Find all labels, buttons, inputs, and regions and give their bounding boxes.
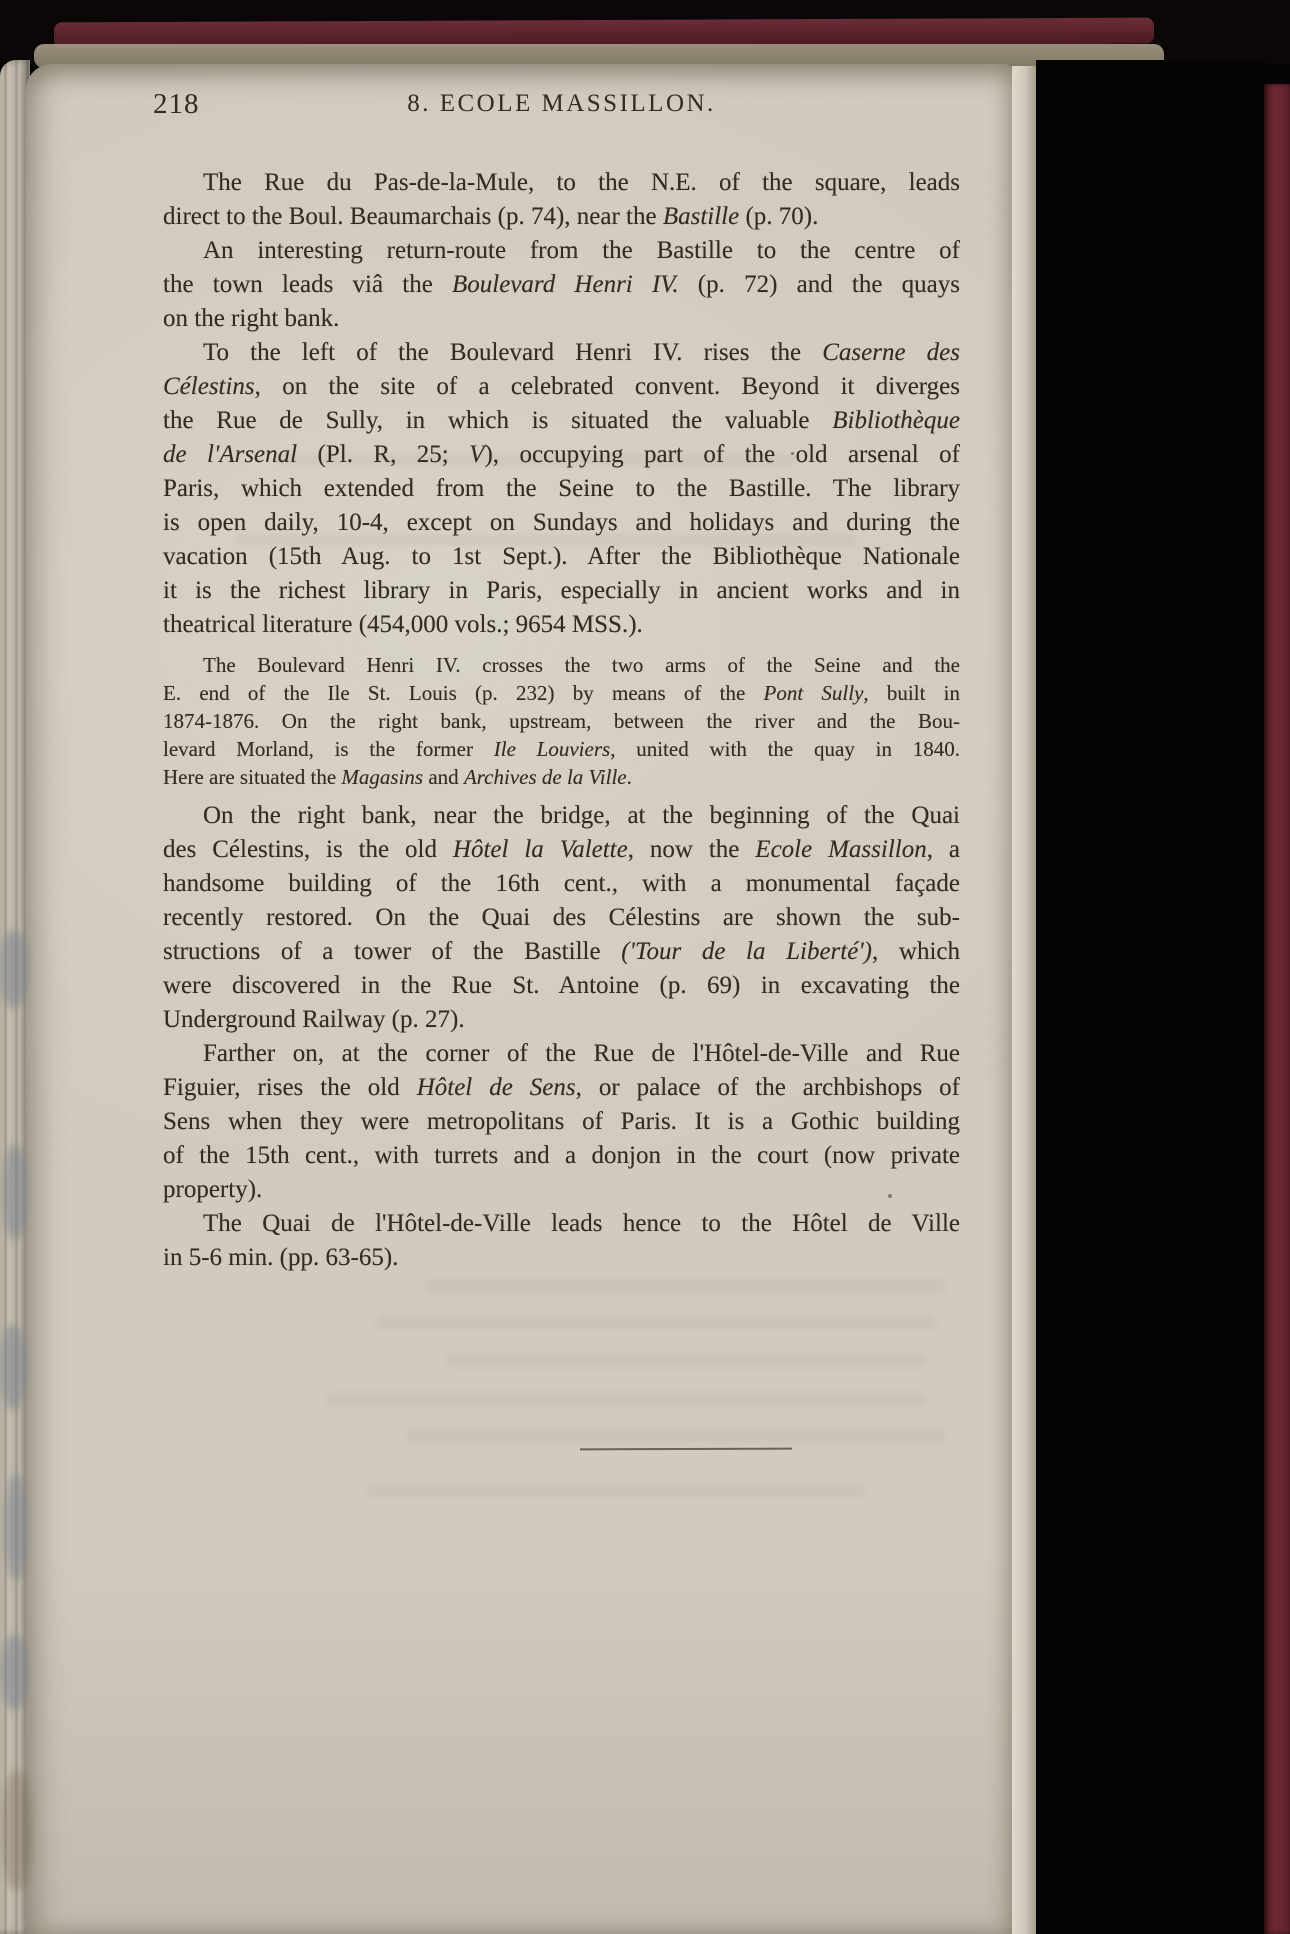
edge-stain: [5, 1475, 27, 1580]
text-run: recently restored. On the Quai des Céles…: [163, 904, 960, 931]
edge-stain: [3, 1145, 27, 1240]
paragraph: To the left of the Boulevard Henri IV. r…: [163, 336, 960, 642]
paragraph: An interesting return-route from the Bas…: [163, 234, 960, 336]
text-run: ), occupying part of the old arsenal of: [484, 441, 960, 468]
text-run: An interesting return-route from the Bas…: [203, 237, 960, 264]
book-cover-edge-right: [1264, 84, 1290, 1934]
text-run: Bastille: [663, 203, 739, 230]
text-line: Underground Railway (p. 27).: [163, 1003, 960, 1037]
text-line: of the 15th cent., with turrets and a do…: [163, 1139, 960, 1173]
text-line: Célestins, on the site of a celebrated c…: [163, 370, 960, 404]
book-page: 218 8. ECOLE MASSILLON. The Rue du Pas-d…: [26, 64, 1014, 1934]
text-run: direct to the Boul. Beaumarchais (p. 74)…: [163, 203, 663, 230]
text-run: property).: [163, 1176, 262, 1203]
text-line: property).: [163, 1173, 960, 1207]
scanned-book-page: 218 8. ECOLE MASSILLON. The Rue du Pas-d…: [0, 0, 1290, 1934]
text-line: Figuier, rises the old Hôtel de Sens, or…: [163, 1071, 960, 1105]
text-run: were discovered in the Rue St. Antoine (…: [163, 972, 960, 999]
text-run: Hôtel la Valette: [453, 836, 628, 863]
text-run: Bibliothèque: [832, 407, 960, 434]
paragraph: The Boulevard Henri IV. crosses the two …: [163, 651, 960, 791]
text-run: The Rue du Pas-de-la-Mule, to the N.E. o…: [203, 169, 960, 196]
text-line: handsome building of the 16th cent., wit…: [163, 867, 960, 901]
text-run: On the right bank, near the bridge, at t…: [203, 802, 960, 829]
text-run: Ecole Massillon: [755, 836, 926, 863]
text-line: theatrical literature (454,000 vols.; 96…: [163, 608, 960, 642]
text-run: The Quai de l'Hôtel-de-Ville leads hence…: [203, 1210, 960, 1237]
text-run: ('Tour de la Liberté'): [621, 938, 872, 965]
text-run: Paris, which extended from the Seine to …: [163, 475, 960, 502]
text-run: theatrical literature (454,000 vols.; 96…: [163, 611, 643, 638]
edge-stain: [1, 1635, 28, 1710]
text-run: , united with the quay in 1840.: [610, 737, 960, 761]
text-run: Magasins: [341, 765, 423, 789]
text-line: Sens when they were metropolitans of Par…: [163, 1105, 960, 1139]
paragraph: The Quai de l'Hôtel-de-Ville leads hence…: [163, 1207, 960, 1275]
text-line: On the right bank, near the bridge, at t…: [163, 799, 960, 833]
text-run: the town leads viâ the: [163, 271, 452, 298]
text-line: Farther on, at the corner of the Rue de …: [163, 1037, 960, 1071]
text-line: recently restored. On the Quai des Céles…: [163, 901, 960, 935]
text-run: vacation (15th Aug. to 1st Sept.). After…: [163, 543, 960, 570]
text-line: The Quai de l'Hôtel-de-Ville leads hence…: [163, 1207, 960, 1241]
running-title: 8. ECOLE MASSILLON.: [163, 90, 960, 118]
text-line: vacation (15th Aug. to 1st Sept.). After…: [163, 540, 960, 574]
paragraph: The Rue du Pas-de-la-Mule, to the N.E. o…: [163, 166, 960, 234]
text-line: is open daily, 10-4, except on Sundays a…: [163, 506, 960, 540]
text-line: The Rue du Pas-de-la-Mule, to the N.E. o…: [163, 166, 960, 200]
text-run: Caserne des: [822, 339, 960, 366]
text-run: The Boulevard Henri IV. crosses the two …: [203, 653, 960, 677]
show-through: [376, 1316, 936, 1330]
show-through: [366, 1484, 866, 1497]
text-run: levard Morland, is the former: [163, 737, 494, 761]
text-run: , or palace of the archbishops of: [576, 1074, 960, 1101]
text-run: of the 15th cent., with turrets and a do…: [163, 1142, 960, 1169]
text-run: E. end of the Ile St. Louis (p. 232) by …: [163, 681, 764, 705]
book-right-shadow: [1036, 60, 1266, 1934]
text-run: structions of a tower of the Bastille: [163, 938, 621, 965]
show-through: [446, 1354, 926, 1368]
ink-speck: [888, 1194, 892, 1198]
section-divider-rule: [580, 1448, 792, 1451]
edge-stain: [0, 930, 28, 1008]
text-line: An interesting return-route from the Bas…: [163, 234, 960, 268]
text-line: direct to the Boul. Beaumarchais (p. 74)…: [163, 200, 960, 234]
text-run: Underground Railway (p. 27).: [163, 1006, 465, 1033]
text-block: 218 8. ECOLE MASSILLON. The Rue du Pas-d…: [163, 88, 960, 1275]
text-run: Hôtel de Sens: [417, 1074, 576, 1101]
text-run: , on the site of a celebrated convent. B…: [255, 373, 960, 400]
text-run: (p. 72) and the quays: [679, 271, 960, 298]
ink-speck: [791, 452, 794, 455]
show-through: [426, 1279, 946, 1293]
text-run: it is the richest library in Paris, espe…: [163, 577, 960, 604]
text-run: (Pl. R, 25;: [297, 441, 469, 468]
text-run: Pont Sully: [764, 681, 864, 705]
text-run: .: [627, 765, 632, 789]
text-run: handsome building of the 16th cent., wit…: [163, 870, 960, 897]
text-line: the Rue de Sully, in which is situated t…: [163, 404, 960, 438]
text-line: in 5-6 min. (pp. 63-65).: [163, 1241, 960, 1275]
text-run: Figuier, rises the old: [163, 1074, 417, 1101]
text-run: 1874-1876. On the right bank, upstream, …: [163, 709, 960, 733]
paragraph: Farther on, at the corner of the Rue de …: [163, 1037, 960, 1207]
page-fore-edge: [1012, 66, 1036, 1934]
text-run: Célestins: [163, 373, 255, 400]
text-line: the town leads viâ the Boulevard Henri I…: [163, 268, 960, 302]
text-line: de l'Arsenal (Pl. R, 25; V), occupying p…: [163, 438, 960, 472]
text-line: The Boulevard Henri IV. crosses the two …: [163, 651, 960, 679]
text-run: in 5-6 min. (pp. 63-65).: [163, 1244, 398, 1271]
text-run: and: [423, 765, 464, 789]
text-line: 1874-1876. On the right bank, upstream, …: [163, 707, 960, 735]
text-line: des Célestins, is the old Hôtel la Valet…: [163, 833, 960, 867]
text-line: Here are situated the Magasins and Archi…: [163, 763, 960, 791]
page-body: The Rue du Pas-de-la-Mule, to the N.E. o…: [163, 166, 960, 1275]
text-run: des Célestins, is the old: [163, 836, 453, 863]
text-run: Archives de la Ville: [464, 765, 627, 789]
text-run: the Rue de Sully, in which is situated t…: [163, 407, 832, 434]
text-line: Paris, which extended from the Seine to …: [163, 472, 960, 506]
text-run: Here are situated the: [163, 765, 341, 789]
text-line: on the right bank.: [163, 302, 960, 336]
text-run: is open daily, 10-4, except on Sundays a…: [163, 509, 960, 536]
text-run: , which: [872, 938, 960, 965]
text-run: , a: [927, 836, 960, 863]
text-line: To the left of the Boulevard Henri IV. r…: [163, 336, 960, 370]
show-through: [406, 1429, 946, 1443]
text-line: were discovered in the Rue St. Antoine (…: [163, 969, 960, 1003]
text-run: de l'Arsenal: [163, 441, 297, 468]
text-run: Ile Louviers: [494, 737, 610, 761]
text-run: , built in: [863, 681, 960, 705]
paragraph: On the right bank, near the bridge, at t…: [163, 799, 960, 1037]
page-header: 218 8. ECOLE MASSILLON.: [163, 88, 960, 122]
text-run: (p. 70).: [739, 203, 818, 230]
text-run: V: [469, 441, 484, 468]
text-run: Boulevard Henri IV.: [452, 271, 679, 298]
text-line: E. end of the Ile St. Louis (p. 232) by …: [163, 679, 960, 707]
show-through: [326, 1392, 926, 1406]
text-run: To the left of the Boulevard Henri IV. r…: [203, 339, 822, 366]
text-run: Farther on, at the corner of the Rue de …: [203, 1040, 960, 1067]
text-line: it is the richest library in Paris, espe…: [163, 574, 960, 608]
text-run: on the right bank.: [163, 305, 339, 332]
edge-stain: [0, 1325, 26, 1410]
text-line: levard Morland, is the former Ile Louvie…: [163, 735, 960, 763]
edge-stain: [2, 1770, 32, 1890]
text-line: structions of a tower of the Bastille ('…: [163, 935, 960, 969]
text-run: Sens when they were metropolitans of Par…: [163, 1108, 960, 1135]
text-run: , now the: [628, 836, 756, 863]
